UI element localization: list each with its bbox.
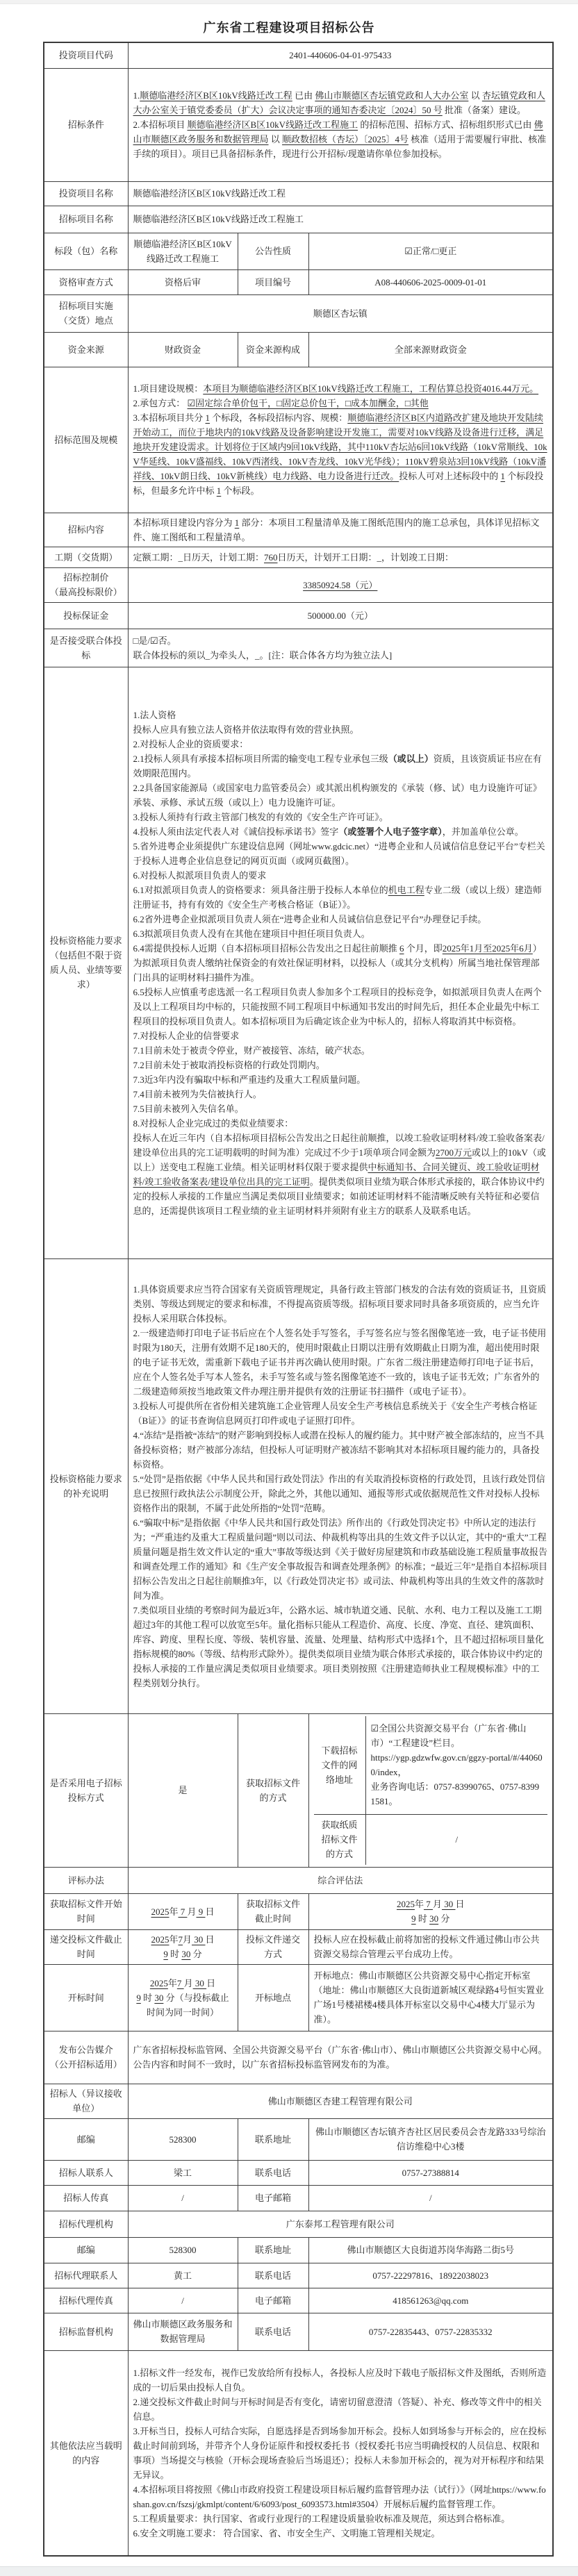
row-tender-conditions: 招标条件 1.顺德临港经济区B区10kV线路迁改工程 已由 佛山市顺德区杏坛镇党… [44, 68, 553, 181]
label-agency-postcode: 邮编 [44, 2237, 128, 2263]
label-doc-deadline: 获取招标文件截止时间 [238, 1893, 308, 1929]
tender-announcement-table: 投资项目代码 2401-440606-04-01-975433 招标条件 1.顺… [43, 42, 554, 2557]
label-agency-address: 联系地址 [238, 2237, 308, 2263]
value-announcement-media: 广东省招标投标监管网、全国公共资源交易平台（广东省·佛山市）、佛山市顺德区公共资… [128, 2031, 553, 2084]
label-tenderer-address: 联系地址 [238, 2118, 308, 2160]
row-bid-opening: 开标时间 2025年7 月 30 日9 时 30 分（与投标截止时间为同一时间）… [44, 1964, 553, 2031]
value-agency-contact: 黄工 [128, 2263, 238, 2288]
page-title: 广东省工程建设项目招标公告 [0, 18, 578, 36]
value-tenderer-contact: 梁工 [128, 2160, 238, 2185]
row-qualification-review: 资格审查方式 资格后审 项目编号 A08-440606-2025-0009-01… [44, 269, 553, 294]
label-supervisor-phone: 联系电话 [238, 2313, 308, 2350]
label-qualification-requirements: 投标资格能力要求（包括但不限于资质人员、业绩等要求） [44, 667, 128, 1258]
page-footer-bar [0, 2566, 578, 2576]
row-submit-deadline: 递交投标文件截止时间 2025年7月 30 日9 时 30 分 投标文件递交方式… [44, 1929, 553, 1964]
value-doc-deadline: 2025年 7 月 30 日9 时 30 分 [308, 1893, 553, 1929]
value-control-price: 33850924.58（元） [128, 567, 553, 602]
label-control-price: 招标控制价（最高投标限价） [44, 567, 128, 602]
value-bid-bond: 500000.00（元） [128, 602, 553, 629]
row-qualification-notes: 投标资格能力要求的补充说明 1.具体资质要求应当符合国家有关资质管理规定，具备行… [44, 1258, 553, 1713]
value-agency: 广东泰邦工程管理有限公司 [128, 2211, 553, 2237]
value-electronic-bidding: 是 [128, 1713, 238, 1867]
value-tender-conditions: 1.顺德临港经济区B区10kV线路迁改工程 已由 佛山市顺德区杏坛镇党政和人大办… [128, 68, 553, 181]
label-agency-contact: 招标代理联系人 [44, 2263, 128, 2288]
value-duration: 定额工期：_日历天，计划工期：760日历天，计划开工日期：_，计划竣工日期： [128, 547, 553, 567]
value-agency-postcode: 528300 [128, 2237, 238, 2263]
label-doc-obtain-method: 获取招标文件的方式 [238, 1713, 308, 1867]
value-project-number: A08-440606-2025-0009-01-01 [308, 269, 553, 294]
row-electronic-bidding: 是否采用电子招标投标方式 是 获取招标文件的方式 下载招标文件的网络地址 ☑全国… [44, 1713, 553, 1867]
value-other-content: 1.招标文件一经发布，视作已发放给所有投标人，各投标人应及时下载电子版招标文件及… [128, 2350, 553, 2556]
row-content: 招标内容 本招标项目建设内容分为 1 部分：本项目工程量清单及施工图纸范围内的施… [44, 513, 553, 547]
value-investment-project-name: 顺德临港经济区B区10kV线路迁改工程 [128, 181, 553, 206]
row-scope: 招标范围及规模 1.项目建设规模：本项目为顺德临港经济区B区10kV线路迁改工程… [44, 367, 553, 513]
label-tenderer-email: 电子邮箱 [238, 2185, 308, 2211]
row-other-content: 其他依法应当载明的内容 1.招标文件一经发布，视作已发放给所有投标人，各投标人应… [44, 2350, 553, 2556]
value-evaluation-method: 综合评估法 [128, 1867, 553, 1893]
label-tenderer-postcode: 邮编 [44, 2118, 128, 2160]
label-announcement-media: 发布公告媒介（公开招标适用） [44, 2031, 128, 2084]
label-paper-method: 获取纸质招标文件的方式 [314, 1815, 366, 1865]
row-investment-code: 投资项目代码 2401-440606-04-01-975433 [44, 42, 553, 68]
row-announcement-media: 发布公告媒介（公开招标适用） 广东省招标投标监管网、全国公共资源交易平台（广东省… [44, 2031, 553, 2084]
label-investment-project-name: 投资项目名称 [44, 181, 128, 206]
value-supervisor: 佛山市顺德区政务服务和数据管理局 [128, 2313, 238, 2350]
value-section-name: 顺德临港经济区B区10kV线路迁改工程施工 [128, 233, 238, 269]
row-supervisor: 招标监督机构 佛山市顺德区政务服务和数据管理局 联系电话 0757-228354… [44, 2313, 553, 2350]
value-paper-method: / [366, 1815, 548, 1865]
row-section-name: 标段（包）名称 顺德临港经济区B区10kV线路迁改工程施工 公告性质 ☑正常/□… [44, 233, 553, 269]
label-other-content: 其他依法应当载明的内容 [44, 2350, 128, 2556]
label-duration: 工期（交货期） [44, 547, 128, 567]
label-scope: 招标范围及规模 [44, 367, 128, 513]
label-download-address: 下载招标文件的网络地址 [314, 1716, 366, 1814]
label-supervisor: 招标监督机构 [44, 2313, 128, 2350]
label-location: 招标项目实施（交货）地点 [44, 294, 128, 332]
label-notice-nature: 公告性质 [238, 233, 308, 269]
value-agency-phone: 0757-22297816、18922038023 [308, 2263, 553, 2288]
value-notice-nature: ☑正常/□更正 [308, 233, 553, 269]
label-tender-conditions: 招标条件 [44, 68, 128, 181]
value-qualification-requirements: 1.法人资格投标人应具有独立法人资格并依法取得有效的营业执照。2.对投标人企业的… [128, 667, 553, 1258]
row-duration: 工期（交货期） 定额工期：_日历天，计划工期：760日历天，计划开工日期：_，计… [44, 547, 553, 567]
value-submit-method: 投标人应在投标截止前将加密的投标文件通过佛山市公共资源交易综合管理云平台成功上传… [308, 1929, 553, 1964]
label-submit-method: 投标文件递交方式 [238, 1929, 308, 1964]
value-tenderer-phone: 0757-27388814 [308, 2160, 553, 2185]
row-location: 招标项目实施（交货）地点 顺德区杏坛镇 [44, 294, 553, 332]
row-control-price: 招标控制价（最高投标限价） 33850924.58（元） [44, 567, 553, 602]
value-agency-fax: / [128, 2288, 238, 2313]
value-scope: 1.项目建设规模：本项目为顺德临港经济区B区10kV线路迁改工程施工，工程估算总… [128, 367, 553, 513]
subrow-download-address: 下载招标文件的网络地址 ☑全国公共资源交易平台（广东省·佛山市）“工程建设”栏目… [314, 1716, 548, 1814]
value-agency-email: 418561263@qq.com [308, 2288, 553, 2313]
value-doc-start-time: 2025年 7 月 9 日 [128, 1893, 238, 1929]
row-investment-project-name: 投资项目名称 顺德临港经济区B区10kV线路迁改工程 [44, 181, 553, 206]
label-opening-time: 开标时间 [44, 1964, 128, 2031]
value-funding-composition: 全部来源财政资金 [308, 332, 553, 367]
row-tender-project-name: 招标项目名称 顺德临港经济区B区10kV线路迁改工程施工 [44, 206, 553, 233]
value-content: 本招标项目建设内容分为 1 部分：本项目工程量清单及施工图纸范围内的施工总承包，… [128, 513, 553, 547]
value-tenderer-address: 佛山市顺德区杏坛镇齐杏社区居民委员会杏龙路333号综治信访维稳中心3楼 [308, 2118, 553, 2160]
label-content: 招标内容 [44, 513, 128, 547]
value-tenderer-fax: / [128, 2185, 238, 2211]
value-tenderer-email: / [308, 2185, 553, 2211]
value-tenderer-postcode: 528300 [128, 2118, 238, 2160]
value-funding: 财政资金 [128, 332, 238, 367]
page-top-strip [0, 0, 578, 4]
label-investment-code: 投资项目代码 [44, 42, 128, 68]
label-electronic-bidding: 是否采用电子招标投标方式 [44, 1713, 128, 1867]
label-opening-place: 开标地点 [238, 1964, 308, 2031]
label-agency-phone: 联系电话 [238, 2263, 308, 2288]
row-consortium: 是否接受联合体投标 □是/☑否。联合体投标的须以_为牵头人，_。[注：联合体各方… [44, 629, 553, 667]
row-qualification-requirements: 投标资格能力要求（包括但不限于资质人员、业绩等要求） 1.法人资格投标人应具有独… [44, 667, 553, 1258]
label-agency: 招标代理机构 [44, 2211, 128, 2237]
label-agency-fax: 招标代理传真 [44, 2288, 128, 2313]
value-submit-deadline: 2025年7月 30 日9 时 30 分 [128, 1929, 238, 1964]
row-agency-postcode: 邮编 528300 联系地址 佛山市顺德区大良街道苏岗华海路二街5号 [44, 2237, 553, 2263]
doc-obtain-methods: 下载招标文件的网络地址 ☑全国公共资源交易平台（广东省·佛山市）“工程建设”栏目… [308, 1713, 553, 1867]
label-agency-email: 电子邮箱 [238, 2288, 308, 2313]
value-qualification-notes: 1.具体资质要求应当符合国家有关资质管理规定，具备行政主管部门核发的合法有效的资… [128, 1258, 553, 1713]
label-project-number: 项目编号 [238, 269, 308, 294]
row-funding: 资金来源 财政资金 资金来源构成 全部来源财政资金 [44, 332, 553, 367]
row-agency: 招标代理机构 广东泰邦工程管理有限公司 [44, 2211, 553, 2237]
value-tender-project-name: 顺德临港经济区B区10kV线路迁改工程施工 [128, 206, 553, 233]
row-bid-bond: 投标保证金 500000.00（元） [44, 602, 553, 629]
label-qualification-review: 资格审查方式 [44, 269, 128, 294]
label-tenderer-contact: 招标人联系人 [44, 2160, 128, 2185]
label-doc-start-time: 获取招标文件开始时间 [44, 1893, 128, 1929]
value-agency-address: 佛山市顺德区大良街道苏岗华海路二街5号 [308, 2237, 553, 2263]
label-submit-deadline: 递交投标文件截止时间 [44, 1929, 128, 1964]
value-consortium: □是/☑否。联合体投标的须以_为牵头人，_。[注：联合体各方均为独立法人] [128, 629, 553, 667]
value-tenderer: 佛山市顺德区杏建工程管理有限公司 [128, 2084, 553, 2118]
label-tenderer: 招标人（异议接收单位） [44, 2084, 128, 2118]
value-location: 顺德区杏坛镇 [128, 294, 553, 332]
subrow-paper-method: 获取纸质招标文件的方式 / [314, 1814, 548, 1865]
value-supervisor-phone: 0757-22835443、0757-22835332 [308, 2313, 553, 2350]
row-tenderer-fax: 招标人传真 / 电子邮箱 / [44, 2185, 553, 2211]
label-qualification-notes: 投标资格能力要求的补充说明 [44, 1258, 128, 1713]
label-funding: 资金来源 [44, 332, 128, 367]
label-section-name: 标段（包）名称 [44, 233, 128, 269]
row-tenderer: 招标人（异议接收单位） 佛山市顺德区杏建工程管理有限公司 [44, 2084, 553, 2118]
label-tenderer-fax: 招标人传真 [44, 2185, 128, 2211]
row-tenderer-postcode: 邮编 528300 联系地址 佛山市顺德区杏坛镇齐杏社区居民委员会杏龙路333号… [44, 2118, 553, 2160]
row-agency-fax: 招标代理传真 / 电子邮箱 418561263@qq.com [44, 2288, 553, 2313]
value-download-address: ☑全国公共资源交易平台（广东省·佛山市）“工程建设”栏目。https://ygp… [366, 1716, 548, 1814]
label-bid-bond: 投标保证金 [44, 602, 128, 629]
value-opening-place: 开标地点：佛山市顺德区公共资源交易中心指定开标室（地址：佛山市顺德区大良街道新城… [308, 1964, 553, 2031]
label-tenderer-phone: 联系电话 [238, 2160, 308, 2185]
value-qualification-review: 资格后审 [128, 269, 238, 294]
value-investment-code: 2401-440606-04-01-975433 [128, 42, 553, 68]
row-doc-obtain-time: 获取招标文件开始时间 2025年 7 月 9 日 获取招标文件截止时间 2025… [44, 1893, 553, 1929]
label-funding-composition: 资金来源构成 [238, 332, 308, 367]
label-evaluation-method: 评标办法 [44, 1867, 128, 1893]
value-opening-time: 2025年7 月 30 日9 时 30 分（与投标截止时间为同一时间） [128, 1964, 238, 2031]
label-consortium: 是否接受联合体投标 [44, 629, 128, 667]
row-evaluation-method: 评标办法 综合评估法 [44, 1867, 553, 1893]
label-tender-project-name: 招标项目名称 [44, 206, 128, 233]
row-tenderer-contact: 招标人联系人 梁工 联系电话 0757-27388814 [44, 2160, 553, 2185]
row-agency-contact: 招标代理联系人 黄工 联系电话 0757-22297816、1892203802… [44, 2263, 553, 2288]
